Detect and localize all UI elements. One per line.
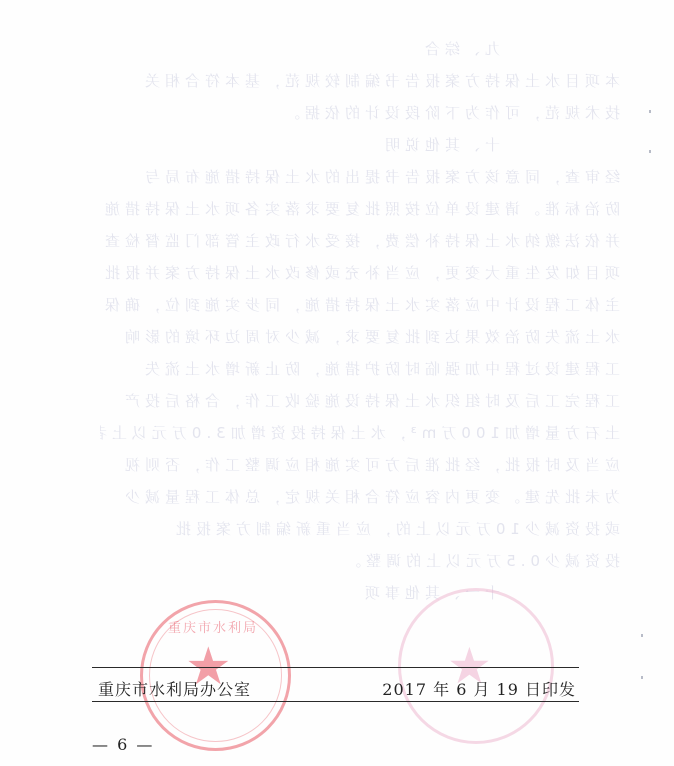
show-through-line: 并依法缴纳水土保持补偿费，接受水行政主管部门监督检查: [100, 230, 620, 251]
show-through-line: 九、综合: [300, 38, 500, 59]
page-number: — 6 —: [92, 735, 154, 754]
show-through-line: 或投资减少10万元以上的，应当重新编制方案报批: [100, 518, 620, 539]
imprint-top-rule: [92, 667, 579, 668]
show-through-line: 技术规范，可作为下阶段设计的依据。: [100, 102, 620, 123]
show-through-line: 土石方量增加100万m³，水土保持投资增加3.0万元以上者: [100, 422, 620, 443]
document-page: 九、综合本项目水土保持方案报告书编制较规范，基本符合相关技术规范，可作为下阶段设…: [0, 0, 674, 766]
show-through-seal: ★: [398, 588, 554, 744]
imprint-bottom-rule: [92, 701, 579, 702]
show-through-line: 主体工程设计中应落实水土保持措施，同步实施到位，确保: [100, 294, 620, 315]
scan-speck: [649, 150, 651, 153]
show-through-line: 投资减少0.5万元以上的调整。: [100, 550, 620, 571]
issue-date: 2017 年 6 月 19 日印发: [382, 677, 576, 700]
show-through-line: 十、其他说明: [300, 134, 500, 155]
show-through-line: 防治标准。请建设单位按照批复要求落实各项水土保持措施: [100, 198, 620, 219]
issuer-name: 重庆市水利局办公室: [98, 677, 251, 700]
issuer-seal: 重庆市水利局 ★: [140, 600, 291, 751]
show-through-line: 工程建设过程中加强临时防护措施，防止新增水土流失: [100, 358, 620, 379]
show-through-line: 本项目水土保持方案报告书编制较规范，基本符合相关: [100, 70, 620, 91]
show-through-line: 工程完工后及时组织水土保持设施验收工作，合格后投产: [100, 390, 620, 411]
scan-speck: [641, 676, 643, 679]
show-through-line: 水土流失防治效果达到批复要求，减少对周边环境的影响: [100, 326, 620, 347]
show-through-line: 为未批先建。变更内容应符合相关规定，总体工程量减少: [100, 486, 620, 507]
scan-speck: [641, 634, 643, 637]
show-through-line: 项目如发生重大变更，应当补充或修改水土保持方案并报批: [100, 262, 620, 283]
scan-speck: [649, 110, 651, 113]
show-through-line: 经审查，同意该方案报告书提出的水土保持措施布局与: [100, 166, 620, 187]
seal-text: 重庆市水利局: [153, 617, 273, 636]
show-through-line: 应当及时报批，经批准后方可实施相应调整工作，否则视: [100, 454, 620, 475]
